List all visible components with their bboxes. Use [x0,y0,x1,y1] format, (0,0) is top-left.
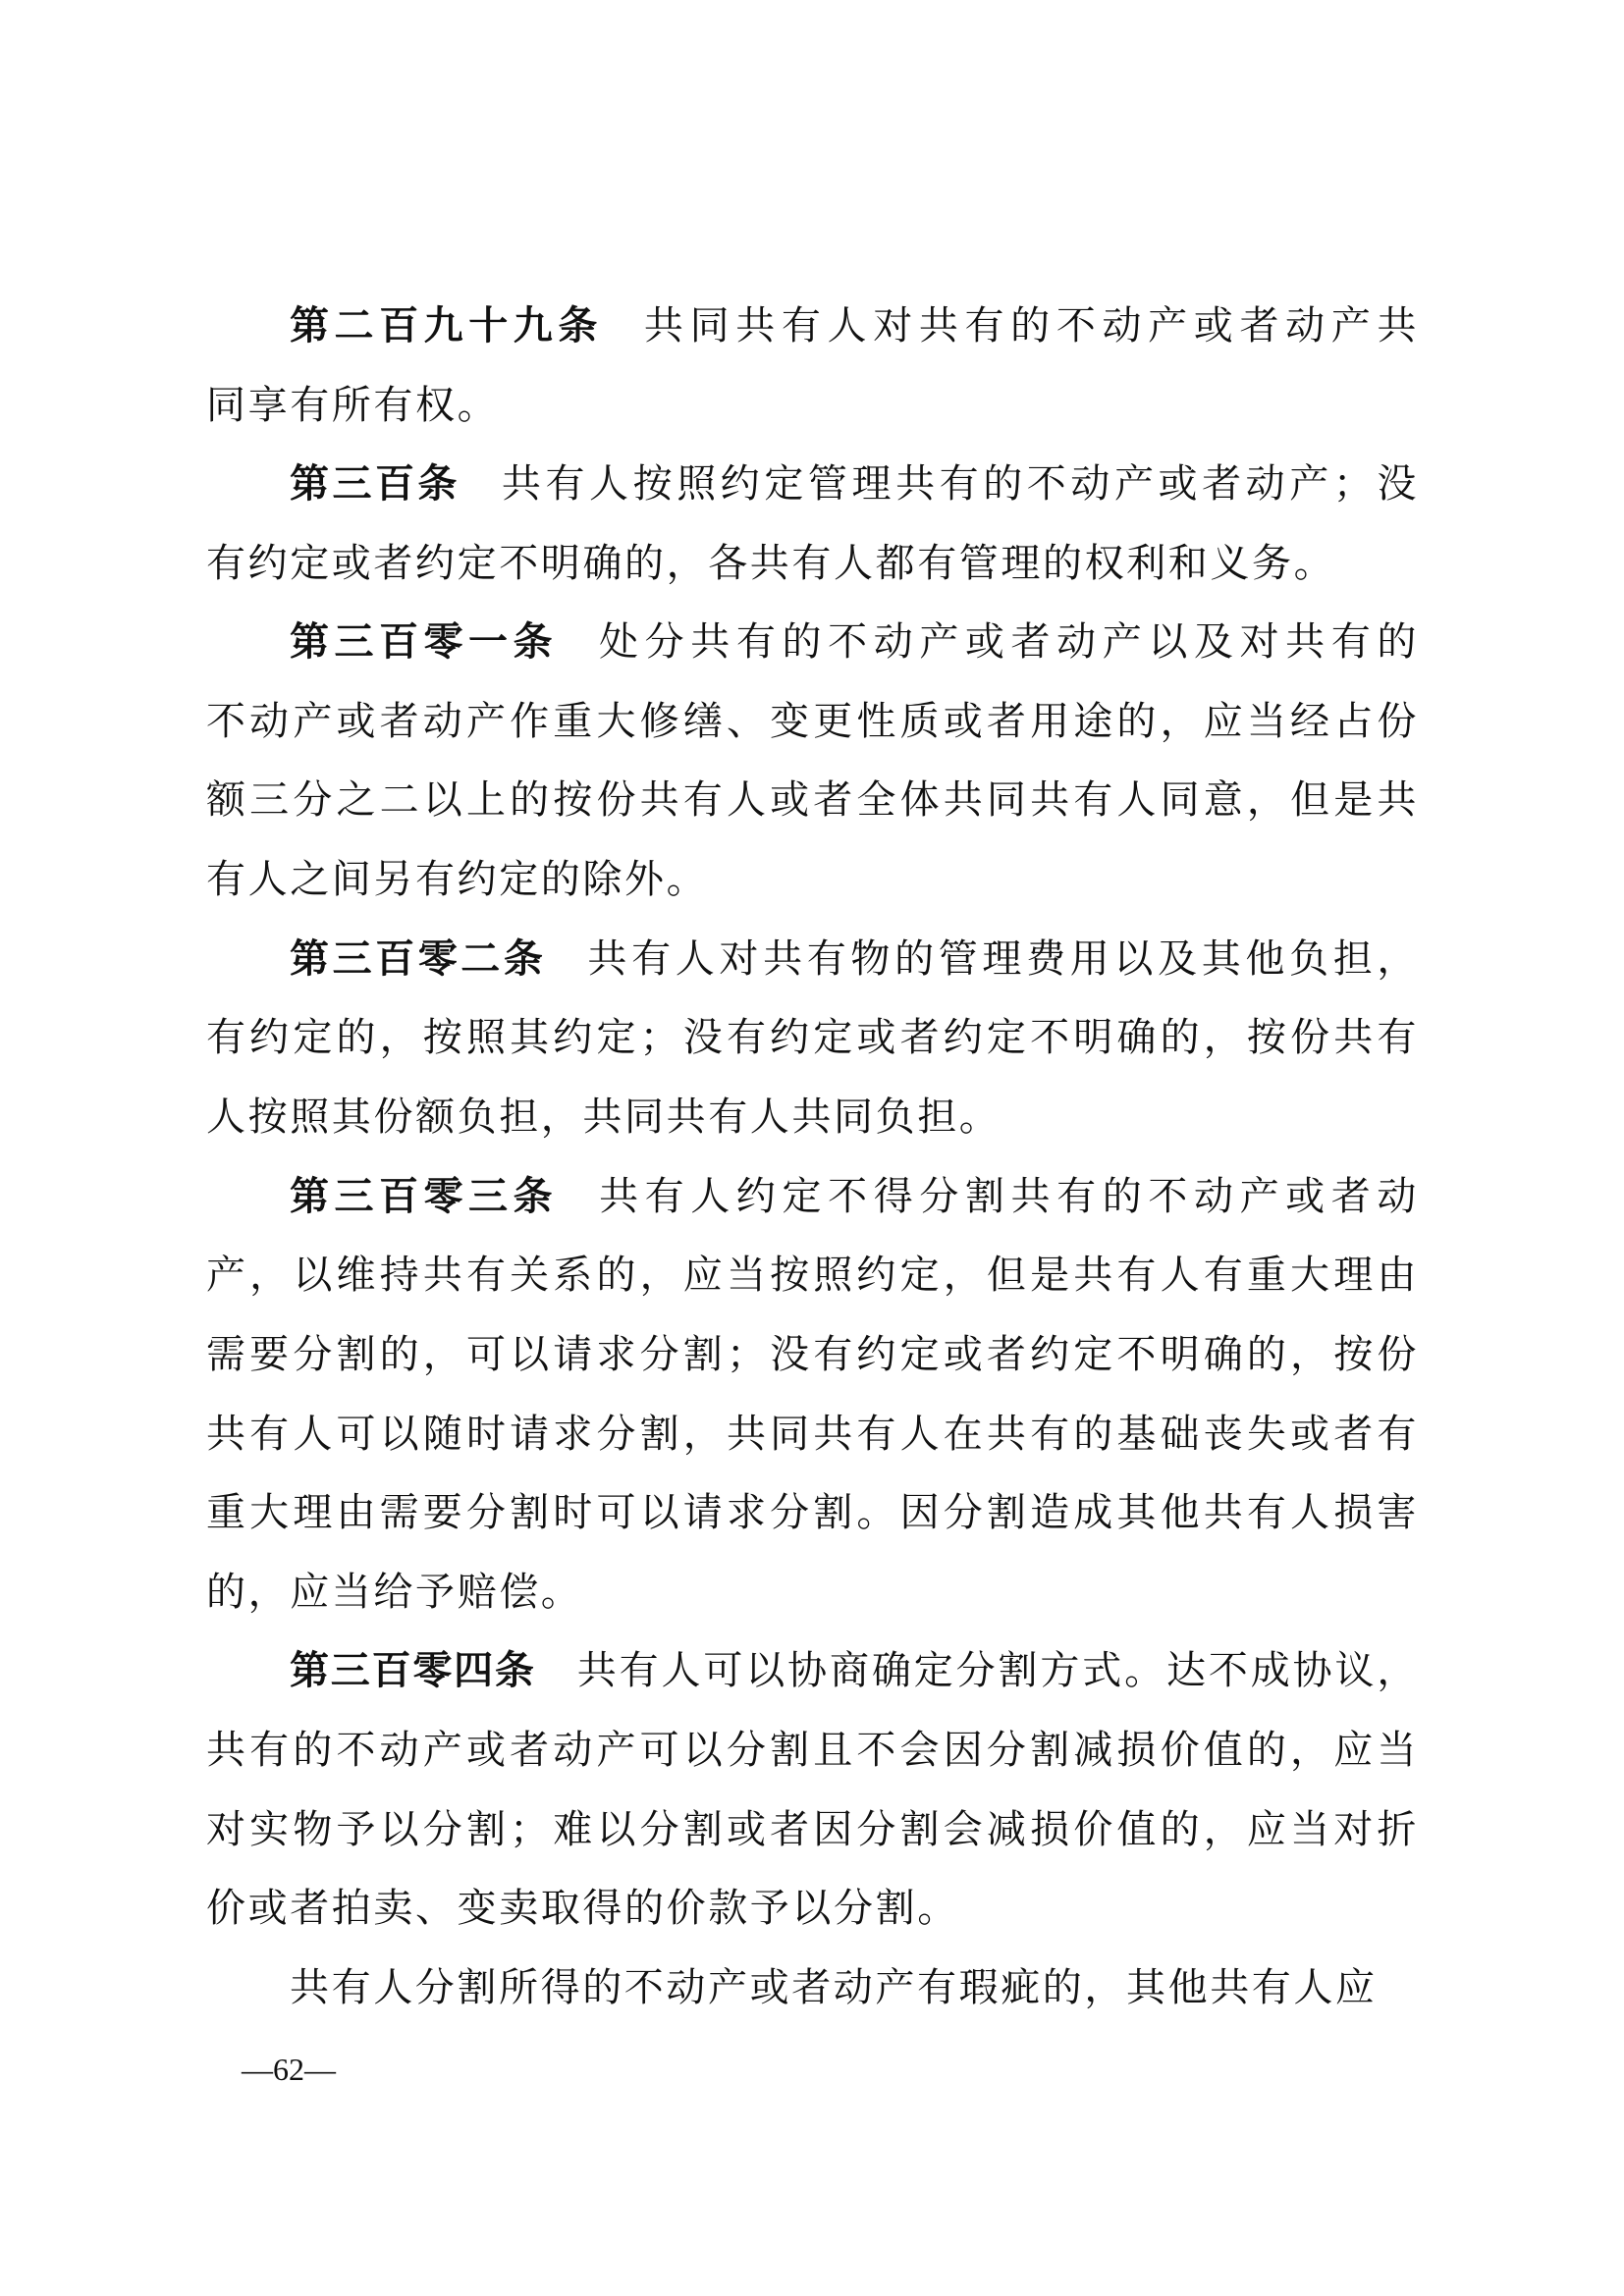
article-heading: 第三百零三条 [290,1174,558,1219]
article-299-line-1: 第二百九十九条共同共有人对共有的不动产或者动产共 [290,302,1419,349]
article-301-line-1: 第三百零一条处分共有的不动产或者动产以及对共有的 [290,618,1419,666]
article-heading: 第三百条 [290,461,460,507]
article-300-line-2: 有约定或者约定不明确的，各共有人都有管理的权利和义务。 [206,540,1419,587]
article-text: 共有人约定不得分割共有的不动产或者动 [599,1174,1419,1219]
article-text: 共同共有人对共有的不动产或者动产共 [644,303,1419,348]
article-text: 共有人可以协商确定分割方式。达不成协议， [577,1648,1419,1693]
article-303-line-2: 产，以维持共有关系的，应当按照约定，但是共有人有重大理由 [206,1252,1419,1299]
article-text: 共有人对共有物的管理费用以及其他负担， [587,936,1419,982]
page-number: —62— [242,2050,336,2089]
article-303-line-1: 第三百零三条共有人约定不得分割共有的不动产或者动 [290,1173,1419,1220]
article-301-line-4: 有人之间另有约定的除外。 [206,856,1419,903]
article-304-line-2: 共有的不动产或者动产可以分割且不会因分割减损价值的，应当 [206,1727,1419,1774]
article-301-line-2: 不动产或者动产作重大修缮、变更性质或者用途的，应当经占份 [206,698,1419,745]
continuation-paragraph-line-1: 共有人分割所得的不动产或者动产有瑕疵的，其他共有人应 [290,1964,1419,2011]
article-300-line-1: 第三百条共有人按照约定管理共有的不动产或者动产；没 [290,460,1419,507]
article-303-line-3: 需要分割的，可以请求分割；没有约定或者约定不明确的，按份 [206,1331,1419,1378]
article-303-line-6: 的，应当给予赔偿。 [206,1569,1419,1616]
article-heading: 第三百零四条 [290,1648,536,1693]
article-302-line-1: 第三百零二条共有人对共有物的管理费用以及其他负担， [290,935,1419,983]
article-text: 处分共有的不动产或者动产以及对共有的 [599,619,1419,665]
article-303-line-4: 共有人可以随时请求分割，共同共有人在共有的基础丧失或者有 [206,1411,1419,1458]
article-heading: 第二百九十九条 [290,303,603,348]
article-text: 共有人按照约定管理共有的不动产或者动产；没 [502,461,1419,507]
document-page: 第二百九十九条共同共有人对共有的不动产或者动产共 同享有所有权。 第三百条共有人… [0,0,1624,2296]
article-299-line-2: 同享有所有权。 [206,382,1419,429]
article-302-line-2: 有约定的，按照其约定；没有约定或者约定不明确的，按份共有 [206,1014,1419,1061]
article-301-line-3: 额三分之二以上的按份共有人或者全体共同共有人同意，但是共 [206,776,1419,824]
article-304-line-1: 第三百零四条共有人可以协商确定分割方式。达不成协议， [290,1647,1419,1694]
article-heading: 第三百零一条 [290,619,558,665]
article-302-line-3: 人按照其份额负担，共同共有人共同负担。 [206,1094,1419,1141]
article-303-line-5: 重大理由需要分割时可以请求分割。因分割造成其他共有人损害 [206,1489,1419,1536]
article-heading: 第三百零二条 [290,936,546,982]
article-304-line-4: 价或者拍卖、变卖取得的价款予以分割。 [206,1885,1419,1932]
article-304-line-3: 对实物予以分割；难以分割或者因分割会减损价值的，应当对折 [206,1806,1419,1853]
